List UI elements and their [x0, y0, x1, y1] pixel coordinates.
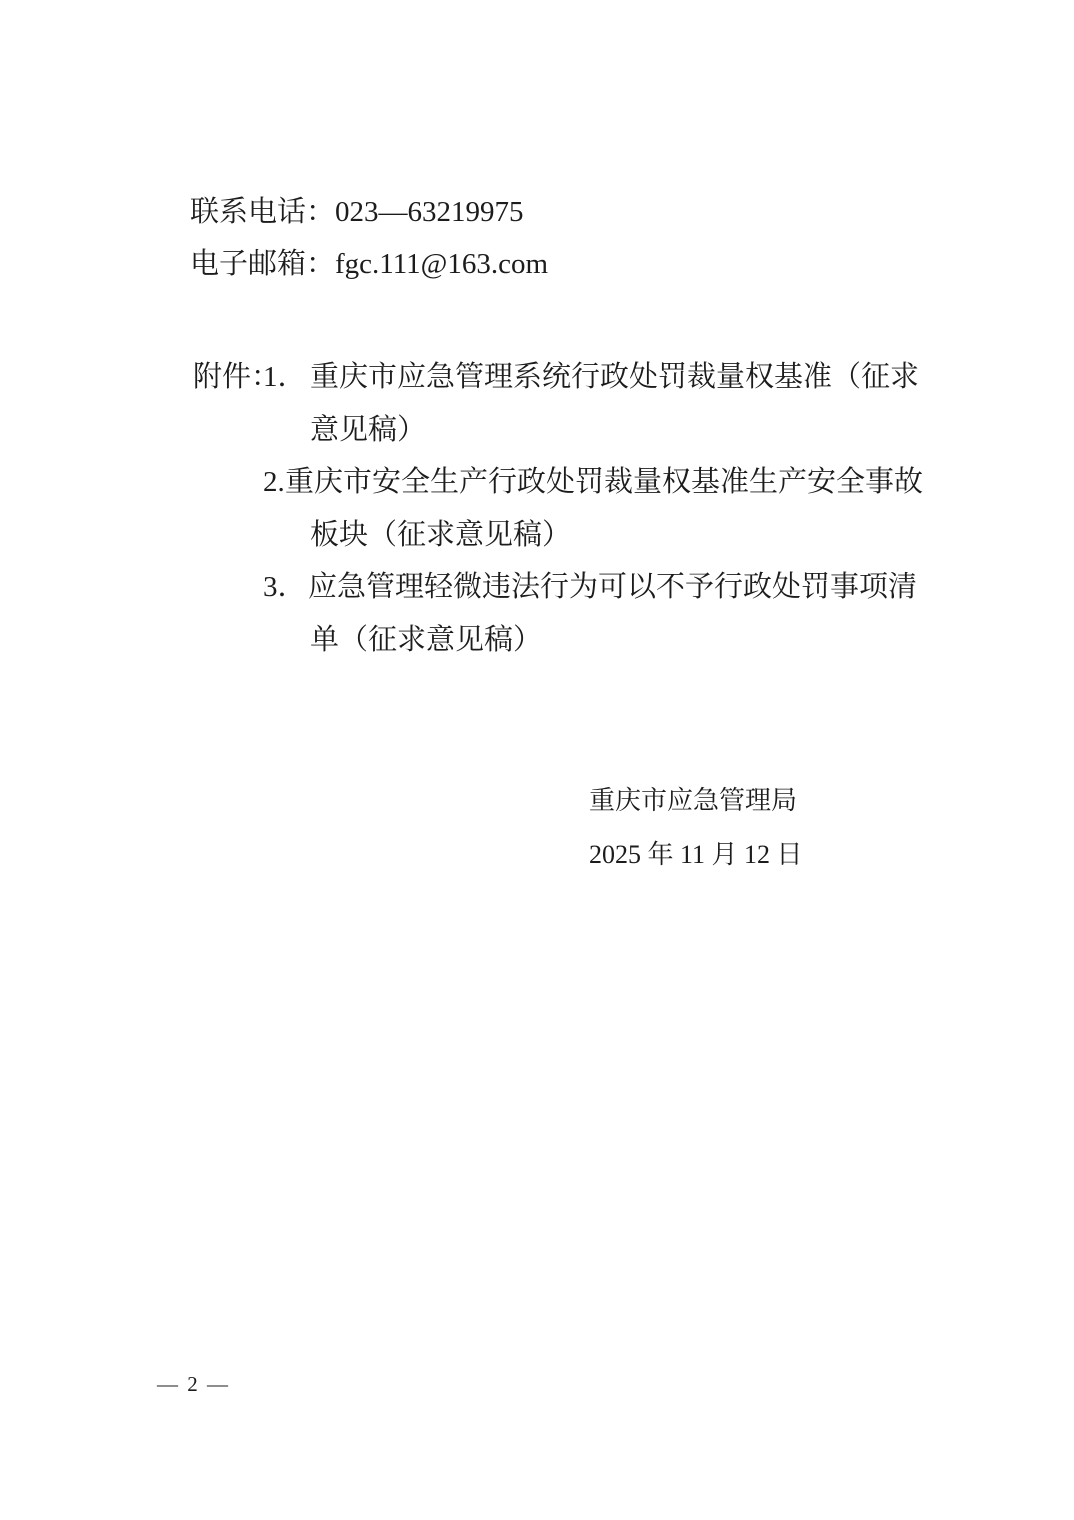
attachment-line-2: 意见稿）: [310, 404, 426, 456]
attachment-line-4: 板块（征求意见稿）: [310, 509, 571, 561]
attachment-1-text: 重庆市应急管理系统行政处罚裁量权基准（征求: [310, 361, 919, 393]
attachment-3-text-cont: 单（征求意见稿）: [310, 624, 542, 656]
phone-label: 联系电话：: [190, 196, 335, 228]
document-page: 联系电话：023—63219975 电子邮箱：fgc.111@163.com 附…: [0, 0, 1074, 1520]
attachments-label: 附件：: [193, 351, 263, 403]
signature-date: 2025 年 11 月 12 日: [589, 828, 803, 882]
attachment-2-text: 重庆市安全生产行政处罚裁量权基准生产安全事故: [285, 466, 923, 498]
signature-agency: 重庆市应急管理局: [589, 774, 803, 828]
attachment-1-text-cont: 意见稿）: [310, 414, 426, 446]
phone-value: 023—63219975: [335, 196, 524, 228]
email-value: fgc.111@163.com: [335, 248, 548, 280]
attachment-3-text: 应急管理轻微违法行为可以不予行政处罚事项清: [308, 571, 917, 603]
attachment-2-text-cont: 板块（征求意见稿）: [310, 519, 571, 551]
contact-phone-line: 联系电话：023—63219975: [190, 186, 548, 238]
attachment-2-number: 2.: [263, 456, 285, 508]
email-label: 电子邮箱：: [190, 248, 335, 280]
signature-block: 重庆市应急管理局 2025 年 11 月 12 日: [589, 774, 803, 882]
attachment-line-6: 单（征求意见稿）: [310, 614, 542, 666]
attachment-1-number: 1．: [263, 351, 310, 403]
attachment-line-1: 附件：1．重庆市应急管理系统行政处罚裁量权基准（征求: [193, 351, 919, 403]
contact-block: 联系电话：023—63219975 电子邮箱：fgc.111@163.com: [190, 186, 548, 290]
attachment-line-3: 2.重庆市安全生产行政处罚裁量权基准生产安全事故: [263, 456, 923, 508]
contact-email-line: 电子邮箱：fgc.111@163.com: [190, 238, 548, 290]
attachment-line-5: 3．应急管理轻微违法行为可以不予行政处罚事项清: [263, 561, 917, 613]
page-number: — 2 —: [157, 1371, 230, 1397]
attachment-3-number: 3．: [263, 561, 308, 613]
